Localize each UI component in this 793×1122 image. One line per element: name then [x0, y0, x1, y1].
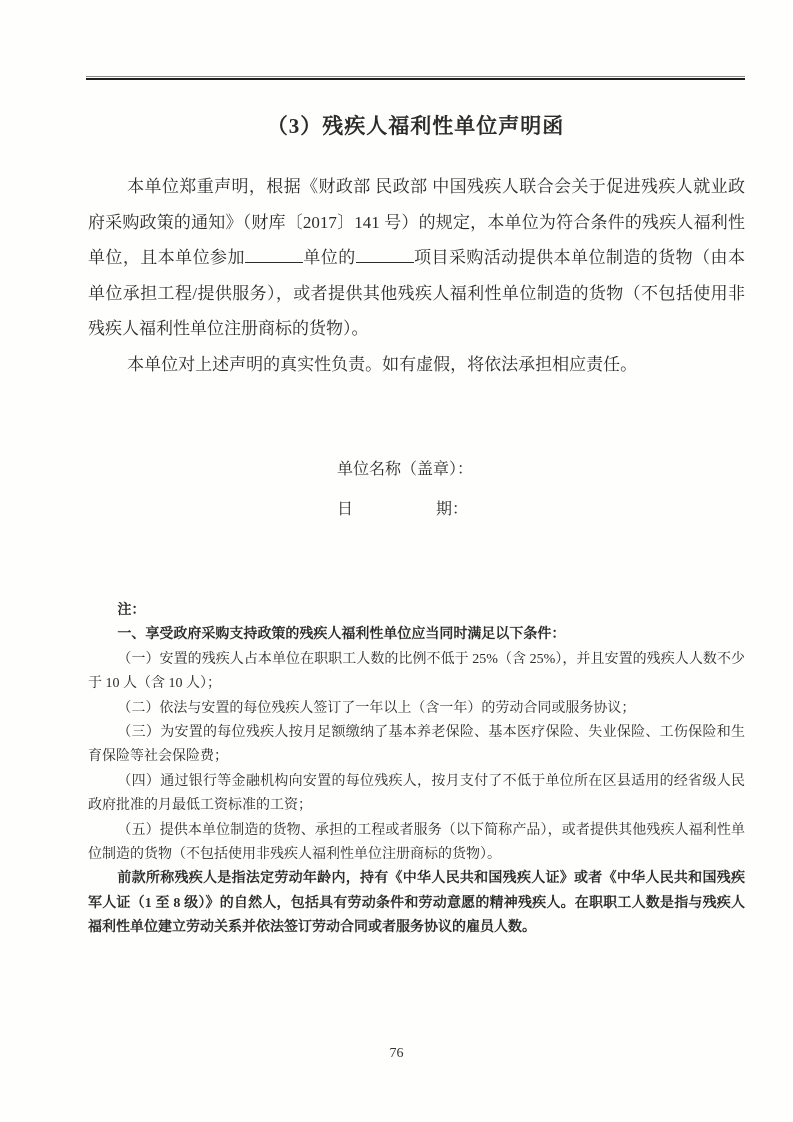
- note-item-7: 前款所称残疾人是指法定劳动年龄内，持有《中华人民共和国残疾人证》或者《中华人民共…: [88, 867, 745, 940]
- date-line: 日期：: [337, 490, 473, 530]
- signature-block: 单位名称（盖章）： 日期：: [337, 450, 473, 530]
- page-title: （3）残疾人福利性单位声明函: [86, 110, 745, 140]
- blank-purchaser-name-field: [245, 261, 303, 263]
- header-rule: [86, 76, 745, 80]
- unit-name-label: 单位名称（盖章）：: [337, 461, 473, 478]
- page-number: 76: [0, 1046, 793, 1062]
- notes-section: 注： 一、享受政府采购支持政策的残疾人福利性单位应当同时满足以下条件： （一）安…: [88, 599, 745, 941]
- unit-name-line: 单位名称（盖章）：: [337, 450, 473, 490]
- declaration-text-2: 单位的: [303, 248, 356, 267]
- blank-project-name-field: [356, 261, 414, 263]
- notes-heading: 注：: [88, 599, 745, 623]
- document-page: （3）残疾人福利性单位声明函 本单位郑重声明，根据《财政部 民政部 中国残疾人联…: [0, 0, 793, 1122]
- note-item-6: （五）提供本单位制造的货物、承担的工程或者服务（以下简称产品），或者提供其他残疾…: [88, 819, 745, 868]
- date-label-left: 日: [337, 501, 353, 518]
- note-item-4: （三）为安置的每位残疾人按月足额缴纳了基本养老保险、基本医疗保险、失业保险、工伤…: [88, 721, 745, 770]
- note-item-3: （二）依法与安置的每位残疾人签订了一年以上（含一年）的劳动合同或服务协议；: [88, 697, 745, 721]
- note-item-5: （四）通过银行等金融机构向安置的每位残疾人，按月支付了不低于单位所在区县适用的经…: [88, 770, 745, 819]
- declaration-body: 本单位郑重声明，根据《财政部 民政部 中国残疾人联合会关于促进残疾人就业政府采购…: [88, 169, 745, 382]
- declaration-paragraph-2: 本单位对上述声明的真实性负责。如有虚假，将依法承担相应责任。: [88, 347, 745, 383]
- date-label-right: 期：: [436, 501, 468, 518]
- declaration-paragraph-1: 本单位郑重声明，根据《财政部 民政部 中国残疾人联合会关于促进残疾人就业政府采购…: [88, 169, 745, 347]
- note-item-2: （一）安置的残疾人占本单位在职职工人数的比例不低于 25%（含 25%），并且安…: [88, 648, 745, 697]
- note-item-1: 一、享受政府采购支持政策的残疾人福利性单位应当同时满足以下条件：: [88, 623, 745, 647]
